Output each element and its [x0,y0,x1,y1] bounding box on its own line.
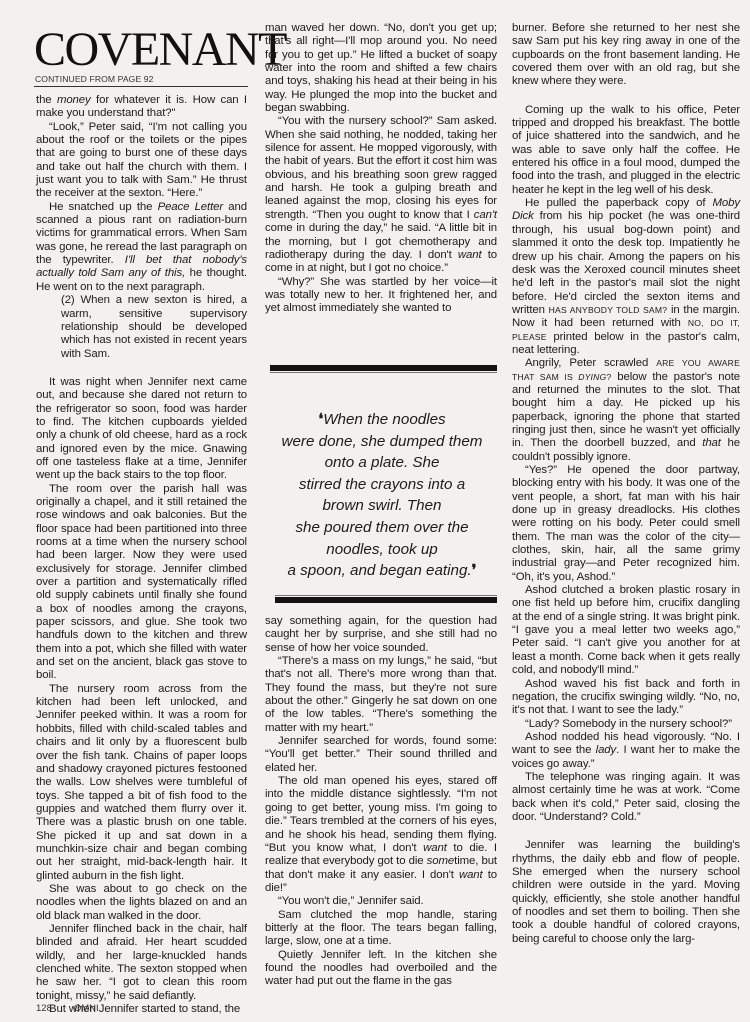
pullquote-text: When the noodles [323,411,445,428]
emphasis: want [423,842,447,854]
paragraph: She was about to go check on the noodles… [36,883,247,923]
pullquote-line: a spoon, and began eating.❜ [262,560,502,582]
paragraph: “Yes?” He opened the door partway, block… [512,464,740,584]
paragraph: “You with the nursery school?” Sam asked… [265,115,497,275]
paragraph: burner. Before she returned to her nest … [512,22,740,89]
article-title: COVENANT [34,26,286,74]
paragraph: Ashod waved his fist back and forth in n… [512,678,740,718]
text: He snatched up the [49,201,158,213]
title-rule [34,86,248,87]
pullquote-rule-bottom [275,597,497,603]
paragraph: Ashod nodded his head vigorously. “No. I… [512,731,740,771]
paragraph: The telephone was ringing again. It was … [512,771,740,824]
paragraph: He pulled the paperback copy of Moby Dic… [512,197,740,357]
emphasis: want [458,249,482,261]
paragraph: Quietly Jennifer left. In the kitchen sh… [265,949,497,989]
paragraph: “There's a mass on my lungs,” he said, “… [265,655,497,735]
pullquote-line: brown swirl. Then [262,495,502,517]
paragraph: The nursery room across from the kitchen… [36,683,247,883]
pullquote-line: noodles, took up [262,539,502,561]
small-caps-note: HAS ANYBODY TOLD SAM? [549,305,668,315]
text: the [36,94,57,106]
column-2-top: man waved her down. “No, don't you get u… [265,22,497,316]
pullquote-rule-top [270,365,497,371]
continued-from-label: CONTINUED FROM PAGE 92 [35,74,154,84]
pullquote-line: were done, she dumped them [262,431,502,453]
text: “You with the nursery school?” Sam asked… [265,115,497,220]
page-number: 128 [36,1003,52,1014]
paragraph: “Why?” She was startled by her voice—it … [265,276,497,316]
pullquote-line: she poured them over the [262,517,502,539]
paragraph: The room over the parish hall was origin… [36,483,247,683]
paragraph: It was night when Jennifer next came out… [36,376,247,483]
publication-name: OMNI [74,1003,99,1014]
paragraph: Ashod clutched a broken plastic rosary i… [512,584,740,677]
paragraph: Sam clutched the mop handle, staring bit… [265,909,497,949]
text: from his hip pocket (he was one-third th… [512,210,740,315]
text: Angrily, Peter scrawled [525,357,656,369]
column-3: burner. Before she returned to her nest … [512,22,740,946]
paragraph: “You won't die,” Jennifer said. [265,895,497,908]
emphasis: can't [474,209,497,221]
paragraph: Coming up the walk to his office, Peter … [512,104,740,197]
emphasis: money [57,94,91,106]
pullquote-text: a spoon, and began eating. [288,562,472,579]
column-1: the money for whatever it is. How can I … [36,94,247,1016]
quoted-minutes: (2) When a new sexton is hired, a warm, … [61,294,247,361]
text: printed below in the pastor's calm, neat… [512,331,740,356]
emphasis: Peace Letter [158,201,224,213]
paragraph: Jennifer flinched back in the chair, hal… [36,923,247,1003]
paragraph: He snatched up the Peace Letter and scan… [36,201,247,294]
small-caps-emphasis: DYING [578,372,606,382]
paragraph: The old man opened his eyes, stared off … [265,775,497,895]
pullquote: ❛When the noodles were done, she dumped … [262,409,502,582]
paragraph: say something again, for the question ha… [265,615,497,655]
paragraph: Angrily, Peter scrawled ARE YOU AWARE TH… [512,357,740,464]
pullquote-line: ❛When the noodles [262,409,502,431]
page-footer: 128OMNI [36,1003,121,1014]
close-quote-icon: ❜ [472,561,477,579]
paragraph: the money for whatever it is. How can I … [36,94,247,121]
paragraph: Jennifer was learning the building's rhy… [512,839,740,946]
pullquote-rule-bottom-thin [275,595,497,596]
emphasis: that [702,437,721,449]
pullquote-line: stirred the crayons into a [262,474,502,496]
pullquote-rule-top-thin [270,372,497,373]
emphasis: lady [596,744,617,756]
emphasis: some [427,855,454,867]
paragraph: Jennifer searched for words, found some:… [265,735,497,775]
paragraph: “Lady? Somebody in the nursery school?” [512,718,740,731]
text: He pulled the paperback copy of [525,197,713,209]
column-2-bottom: say something again, for the question ha… [265,615,497,989]
pullquote-line: onto a plate. She [262,452,502,474]
paragraph: man waved her down. “No, don't you get u… [265,22,497,115]
paragraph: “Look,” Peter said, “I'm not calling you… [36,121,247,201]
emphasis: want [459,869,483,881]
